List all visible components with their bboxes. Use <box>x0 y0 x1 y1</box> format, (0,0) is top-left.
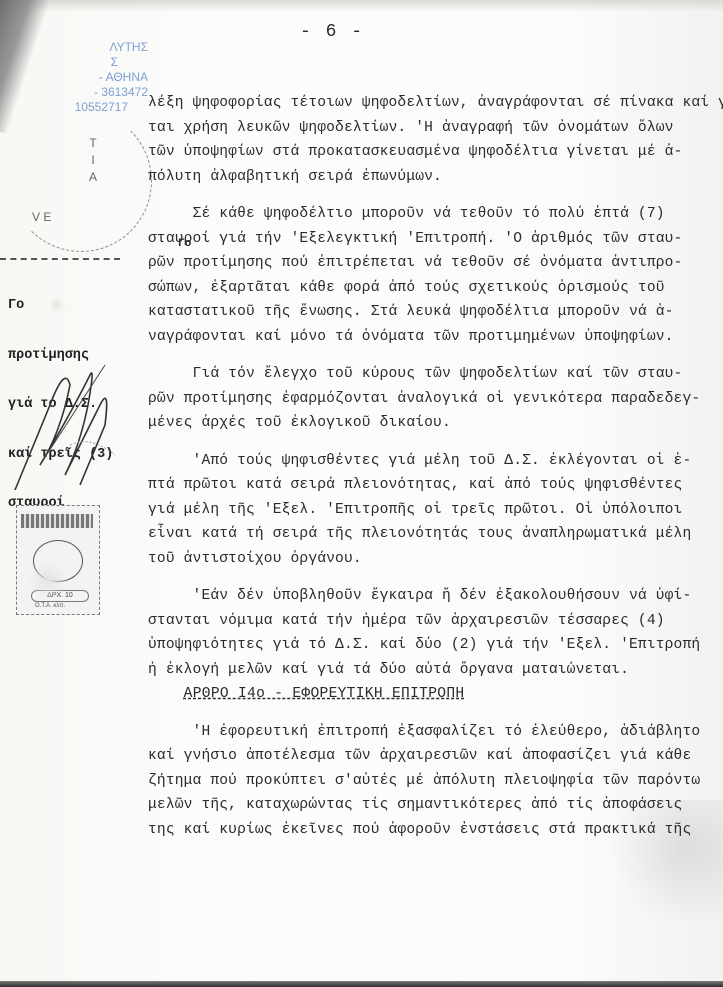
text-line: ρῶν προτίμησης ἐφαρμόζονται ἀναλογικά οἱ… <box>148 387 708 412</box>
text-line: ὑποψηφιότητες γιά τό Δ.Σ. καί δύο (2) γι… <box>148 633 708 658</box>
paragraph-gap <box>148 189 708 202</box>
page-bottom-edge <box>0 981 723 987</box>
text-line: λέξη ψηφοφορίας τέτοιων ψηφοδελτίων, ἀνα… <box>148 91 708 116</box>
text-line: τοῦ ἀντιστοίχου ὀργάνου. <box>148 547 708 572</box>
text-line: Γιά τόν ἔλεγχο τοῦ κύρους τῶν ψηφοδελτίω… <box>148 362 708 387</box>
paragraph-gap <box>148 707 708 720</box>
text-line: 'Εάν δέν ὑποβληθοῦν ἔγκαιρα ἤ δέν ἐξακολ… <box>148 584 708 609</box>
text-line: 'Από τούς ψηφισθέντες γιά μέλη τοῦ Δ.Σ. … <box>148 449 708 474</box>
text-line: ναγράφονται καί μόνο τά ὀνόματα τῶν προτ… <box>148 325 708 350</box>
text-line: Σέ κάθε ψηφοδέλτιο μποροῦν νά τεθοῦν τό … <box>148 202 708 227</box>
text-line: της καί κυρίως ἐκεῖνες πού ἀφοροῦν ἐνστά… <box>148 818 708 843</box>
seal-letter: Α <box>86 169 100 186</box>
paragraph-gap <box>148 349 708 362</box>
article-heading: ΑΡΘΡΟ Ι4ο - ΕΦΟΡΕΥΤΙΚΗ ΕΠΙΤΡΟΠΗ <box>184 686 465 702</box>
blue-stamp-line: - ΑΘΗΝΑ <box>38 70 148 85</box>
paragraph: Σέ κάθε ψηφοδέλτιο μποροῦν νά τεθοῦν τό … <box>148 202 708 349</box>
blue-stamp-line: - 3613472 <box>38 85 148 100</box>
paragraph: λέξη ψηφοφορίας τέτοιων ψηφοδελτίων, ἀνα… <box>148 91 708 189</box>
text-line: πόλυτη ἀλφαβητική σειρά ἐπωνύμων. <box>148 165 708 190</box>
article-heading-line: ΑΡΘΡΟ Ι4ο - ΕΦΟΡΕΥΤΙΚΗ ΕΠΙΤΡΟΠΗ <box>148 682 708 707</box>
text-line: σώπων, ἐξαρτᾶται κάθε φορά ἀπό τούς σχετ… <box>148 276 708 301</box>
blue-rubber-stamp: ΛΥΤΗΣ Σ - ΑΘΗΝΑ - 3613472 10552717 <box>38 40 148 115</box>
seal-letter: Τ <box>86 135 100 152</box>
text-line: πτά πρῶτοι κατά σειρά πλειονότητας, καί … <box>148 473 708 498</box>
paragraph-gap <box>148 571 708 584</box>
round-seal-bottom-text: V Ε <box>32 210 51 224</box>
round-seal-text: Τ Ι Α <box>86 135 100 186</box>
text-line: 'Η ἐφορευτική ἐπιτροπή ἐξασφαλίζει τό ἐλ… <box>148 720 708 745</box>
smudge <box>48 296 66 314</box>
text-line: μελῶν τῆς, καταχωρώντας τίς σημαντικότερ… <box>148 793 708 818</box>
scanned-page: - 6 - ΛΥΤΗΣ Σ - ΑΘΗΝΑ - 3613472 10552717… <box>0 0 723 987</box>
paragraph: 'Από τούς ψηφισθέντες γιά μέλη τοῦ Δ.Σ. … <box>148 449 708 572</box>
text-line: στανται νόμιμα κατά τήν ἡμέρα τῶν ἀρχαιρ… <box>148 609 708 634</box>
paragraph-gap <box>148 436 708 449</box>
text-line: ζήτημα πού προκύπτει σ'αὐτές μέ ἀπόλυτη … <box>148 769 708 794</box>
text-line: ἡ ἐκλογή μελῶν καί γιά τά δύο αὐτά ὄργαν… <box>148 658 708 683</box>
round-seal-icon <box>10 110 152 252</box>
revenue-stamp: ΔΡΧ. 10 Ο.Τ.Α. κλπ. <box>16 505 100 615</box>
text-line: μένες ἀρχές τοῦ ἐκλογικοῦ δικαίου. <box>148 411 708 436</box>
paragraph: Γιά τόν ἔλεγχο τοῦ κύρους τῶν ψηφοδελτίω… <box>148 362 708 436</box>
text-line: καί γνήσιο ἀποτέλεσμα τῶν ἀρχαιρεσιῶν κα… <box>148 744 708 769</box>
page-number: - 6 - <box>300 22 364 42</box>
seal-letter: Ι <box>86 152 100 169</box>
text-line: ρῶν προτίμησης πού ἐπιτρέπεται νά τεθοῦν… <box>148 251 708 276</box>
signature-icon <box>10 345 120 495</box>
text-line: καταστατικοῦ τῆς ἕνωσης. Στά λευκά ψηφοδ… <box>148 300 708 325</box>
text-line: ται χρήση λευκῶν ψηφοδελτίων. 'Η ἀναγραφ… <box>148 116 708 141</box>
smudge <box>28 560 68 600</box>
margin-note-line: Γο <box>8 298 138 315</box>
text-line: εἶναι κατά τή σειρά τῆς πλειονότητάς του… <box>148 522 708 547</box>
article-paragraph: 'Η ἐφορευτική ἐπιτροπή ἐξασφαλίζει τό ἐλ… <box>148 720 708 843</box>
margin-divider <box>0 258 120 260</box>
blue-stamp-line: ΛΥΤΗΣ <box>38 40 148 55</box>
text-line: γιά μέλη τῆς 'Εξελ. 'Επιτροπῆς οἱ τρεῖς … <box>148 498 708 523</box>
document-body: λέξη ψηφοφορίας τέτοιων ψηφοδελτίων, ἀνα… <box>148 91 708 842</box>
blue-stamp-line: Σ <box>38 55 148 70</box>
paragraph: 'Εάν δέν ὑποβληθοῦν ἔγκαιρα ἤ δέν ἐξακολ… <box>148 584 708 682</box>
text-line: σταυροί γιά τήν 'Εξελεγκτική 'Επιτροπή. … <box>148 227 708 252</box>
text-line: τῶν ὑποψηφίων στά προκατασκευασμένα ψηφο… <box>148 140 708 165</box>
stamp-subtext: Ο.Τ.Α. κλπ. <box>35 603 65 609</box>
stamp-band <box>21 514 93 528</box>
page-top-shadow <box>0 0 723 12</box>
